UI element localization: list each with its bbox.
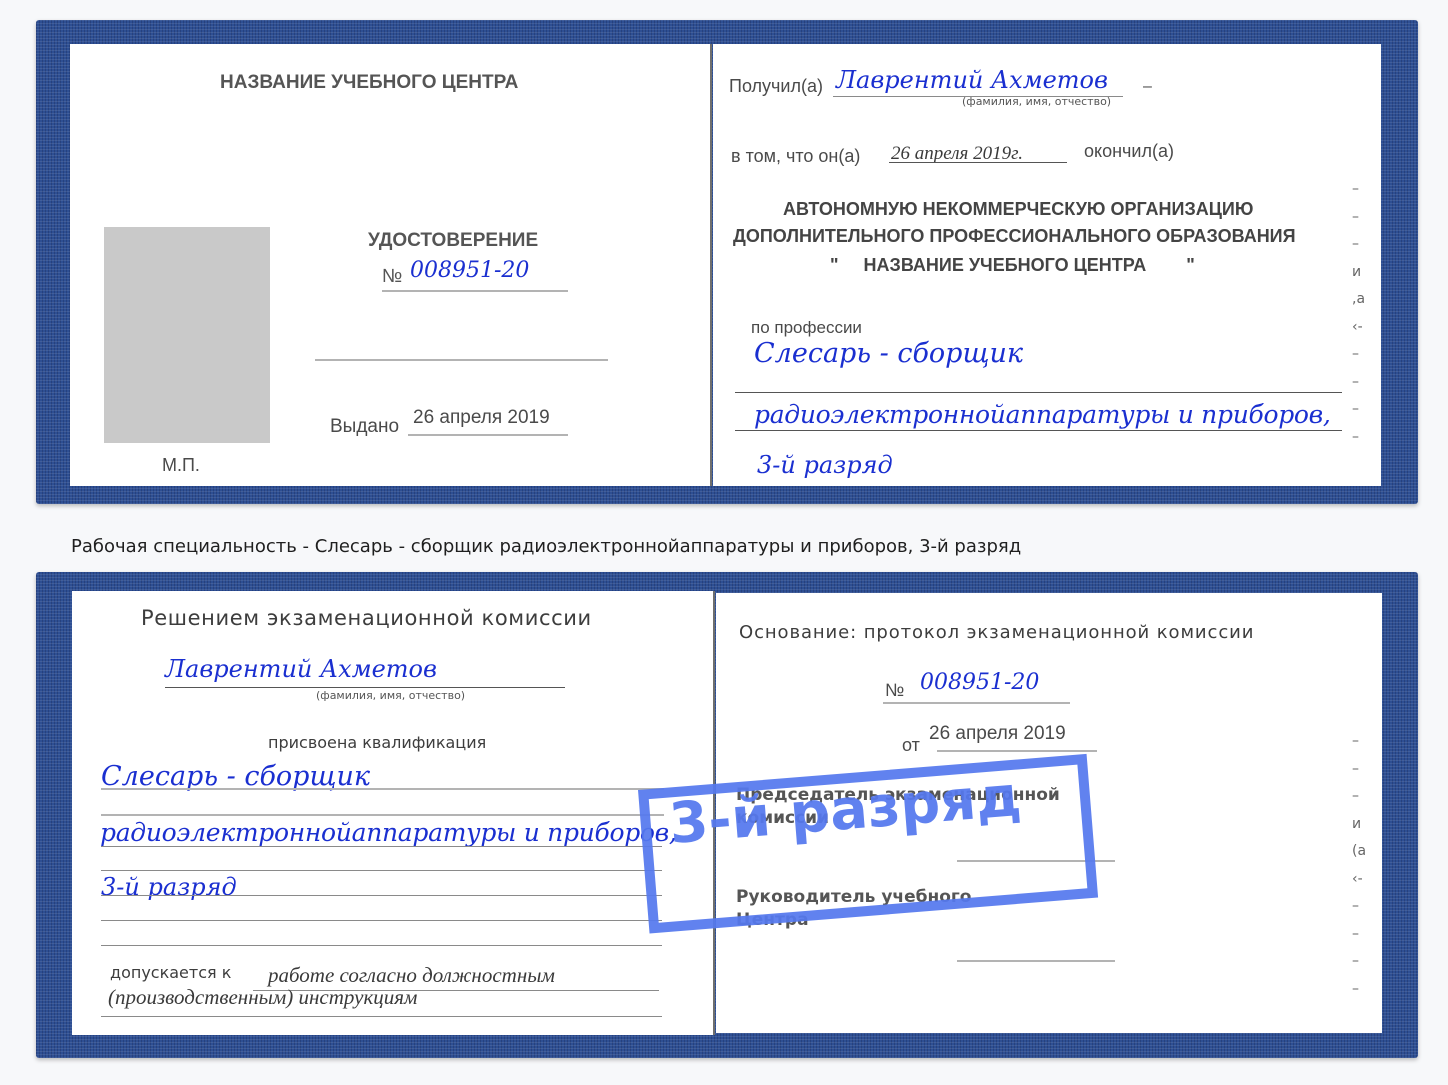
seal-label: М.П. bbox=[162, 455, 200, 476]
number-label: № bbox=[382, 266, 402, 288]
edge-marks-front: – – – и ,а ‹- – – – – bbox=[1352, 176, 1365, 451]
qualification-line-2: радиоэлектроннойаппаратуры и приборов, bbox=[100, 818, 677, 847]
head-signature-line bbox=[957, 960, 1115, 962]
org-line-3: " НАЗВАНИЕ УЧЕБНОГО ЦЕНТРА " bbox=[830, 255, 1195, 276]
protocol-number-underline bbox=[883, 702, 1070, 704]
issued-label: Выдано bbox=[330, 416, 399, 438]
admitted-label: допускается к bbox=[110, 963, 231, 982]
decision-title: Решением экзаменационной комиссии bbox=[141, 606, 592, 630]
received-label: Получил(а) bbox=[729, 76, 823, 97]
profession-rule-2 bbox=[735, 430, 1342, 431]
document-title: УДОСТОВЕРЕНИЕ bbox=[368, 230, 538, 252]
qualification-rule-5 bbox=[101, 895, 662, 896]
org-line-1: АВТОНОМНУЮ НЕКОММЕРЧЕСКУЮ ОРГАНИЗАЦИЮ bbox=[783, 199, 1253, 220]
profession-line-3: 3-й разряд bbox=[757, 451, 893, 479]
qualification-label: присвоена квалификация bbox=[268, 733, 486, 752]
recipient-name: Лаврентий Ахметов bbox=[836, 66, 1108, 94]
qualification-rule-7 bbox=[101, 945, 662, 946]
profession-line-1: Слесарь - сборщик bbox=[754, 338, 1023, 369]
issued-date-underline bbox=[408, 434, 568, 436]
issued-date: 26 апреля 2019 bbox=[413, 407, 550, 429]
back-name-hint: (фамилия, имя, отчество) bbox=[316, 689, 465, 702]
completed-label: окончил(а) bbox=[1084, 141, 1174, 162]
protocol-date: 26 апреля 2019 bbox=[929, 723, 1066, 745]
protocol-date-underline bbox=[937, 750, 1097, 752]
back-recipient-name: Лаврентий Ахметов bbox=[165, 655, 437, 683]
protocol-number-label: № bbox=[885, 680, 904, 701]
protocol-date-label: от bbox=[902, 735, 920, 756]
org-line-2: ДОПОЛНИТЕЛЬНОГО ПРОФЕССИОНАЛЬНОГО ОБРАЗО… bbox=[733, 226, 1296, 247]
qualification-rule-3 bbox=[101, 846, 662, 847]
admitted-line-2: (производственным) инструкциям bbox=[108, 985, 417, 1010]
back-name-underline bbox=[165, 687, 565, 688]
edge-marks-back: – – – и (а ‹- – – – – bbox=[1352, 728, 1366, 1003]
certificate-number: 008951-20 bbox=[410, 258, 529, 283]
profession-label: по профессии bbox=[751, 318, 862, 338]
qualification-rule-2 bbox=[101, 814, 664, 816]
qualification-rule-1 bbox=[101, 788, 664, 790]
signature-line bbox=[315, 359, 608, 361]
dash-mark: – bbox=[1143, 78, 1152, 96]
name-hint: (фамилия, имя, отчество) bbox=[962, 95, 1111, 108]
basis-title: Основание: протокол экзаменационной коми… bbox=[739, 622, 1254, 643]
admitted-rule-2 bbox=[101, 1016, 662, 1017]
qualification-rule-6 bbox=[101, 920, 662, 921]
qualification-line-3: 3-й разряд bbox=[101, 873, 237, 901]
completion-date-underline bbox=[889, 162, 1067, 163]
number-underline bbox=[382, 290, 568, 292]
protocol-number: 008951-20 bbox=[920, 670, 1039, 695]
that-label: в том, что он(а) bbox=[731, 146, 860, 167]
photo-placeholder bbox=[104, 227, 270, 443]
training-center-name: НАЗВАНИЕ УЧЕБНОГО ЦЕНТРА bbox=[220, 72, 518, 94]
profession-line-2: радиоэлектроннойаппаратуры и приборов, bbox=[754, 400, 1331, 429]
front-spine bbox=[710, 44, 712, 486]
specialty-caption: Рабочая специальность - Слесарь - сборщи… bbox=[71, 534, 1081, 560]
profession-rule-1 bbox=[735, 392, 1342, 393]
qualification-rule-4 bbox=[101, 870, 662, 871]
